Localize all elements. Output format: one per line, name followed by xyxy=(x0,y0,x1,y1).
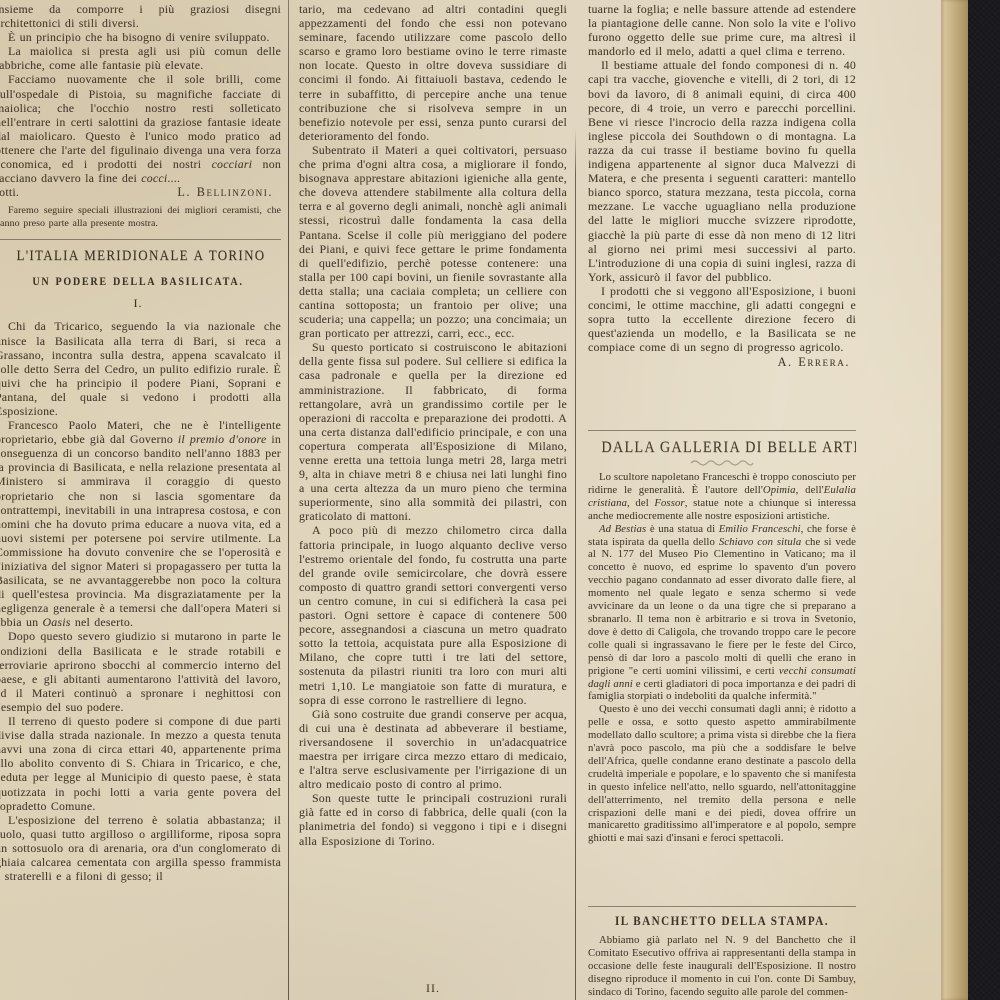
author-signature: L. Bellinzoni. xyxy=(177,185,273,199)
column-divider-rule-2 xyxy=(575,128,576,1000)
column-divider-rule-1 xyxy=(288,0,289,1000)
section-divider-rule xyxy=(588,906,856,907)
paragraph: Son queste tutte le principali costruzio… xyxy=(299,791,567,847)
section-divider-rule xyxy=(0,239,281,240)
scanned-newspaper-page: { "page": { "kind": "scanned newspaper p… xyxy=(0,0,1000,1000)
paragraph: Dopo questo severo giudizio si mutarono … xyxy=(0,629,281,714)
paragraph: La maiolica si presta agli usi più comun… xyxy=(0,44,281,72)
paragraph: tuarne la foglia; e nelle bassure attend… xyxy=(588,2,856,58)
paragraph: I prodotti che si veggono all'Esposizion… xyxy=(588,284,856,354)
banquet-section-title: IL BANCHETTO DELLA STAMPA. xyxy=(601,914,842,929)
paragraph: Il bestiame attuale del fondo componesi … xyxy=(588,58,856,284)
chapter-numeral: II. xyxy=(299,981,567,996)
paragraph: Abbiamo già parlato nel N. 9 del Banchet… xyxy=(588,935,856,1000)
paragraph: Già sono costruite due grandi conserve p… xyxy=(299,707,567,792)
paragraph: Facciamo nuovamente che il sole brilli, … xyxy=(0,72,281,185)
paragraph: Questo è uno dei vecchi consumati dagli … xyxy=(588,704,856,846)
paragraph: Subentrato il Materi a quei coltivatori,… xyxy=(299,143,567,340)
paragraph: insieme da comporre i più graziosi diseg… xyxy=(0,2,281,30)
editorial-note: Faremo seguire speciali illustrazioni de… xyxy=(0,205,281,230)
column-3-banquet-section: IL BANCHETTO DELLA STAMPA. Abbiamo già p… xyxy=(588,906,856,1000)
section-title: L'ITALIA MERIDIONALE A TORINO xyxy=(16,249,259,263)
paragraph: tario, ma cedevano ad altri contadini qu… xyxy=(299,2,567,143)
author-signature: A. Errera. xyxy=(588,355,850,369)
paragraph: È un principio che ha bisogno di venire … xyxy=(0,30,281,44)
page-edge-strip xyxy=(941,0,968,1000)
gallery-section-title: DALLA GALLERIA DI BELLE ARTI xyxy=(601,439,842,457)
paragraph: Ad Bestias è una statua di Emilio France… xyxy=(588,524,856,705)
flourish-icon xyxy=(690,459,754,466)
paragraph: L'esposizione del terreno è solatia abba… xyxy=(0,813,281,883)
paragraph: Francesco Paolo Materi, che ne è l'intel… xyxy=(0,418,281,629)
paragraph: A poco più di mezzo chilometro circa dal… xyxy=(299,523,567,706)
column-1: insieme da comporre i più graziosi diseg… xyxy=(0,2,281,883)
scan-backdrop xyxy=(968,0,1000,1000)
column-2: tario, ma cedevano ad altri contadini qu… xyxy=(299,2,567,980)
newspaper-paper: insieme da comporre i più graziosi diseg… xyxy=(0,0,941,1000)
paragraph: Lo scultore napoletano Franceschi è trop… xyxy=(588,472,856,524)
article-subtitle: UN PODERE DELLA BASILICATA. xyxy=(12,275,264,289)
paragraph: Chi da Tricarico, seguendo la via nazion… xyxy=(0,319,281,418)
column-3-top: tuarne la foglia; e nelle bassure attend… xyxy=(588,2,856,426)
signature-line: rotti. L. Bellinzoni. xyxy=(0,185,281,199)
chapter-numeral: I. xyxy=(0,296,281,310)
column-3-gallery-section: DALLA GALLERIA DI BELLE ARTI Lo scultore… xyxy=(588,430,856,902)
section-divider-rule xyxy=(588,430,856,431)
paragraph: Su questo porticato si costruiscono le a… xyxy=(299,340,567,523)
paragraph-end: rotti. xyxy=(0,185,19,199)
paragraph: Il terreno di questo podere si compone d… xyxy=(0,714,281,813)
